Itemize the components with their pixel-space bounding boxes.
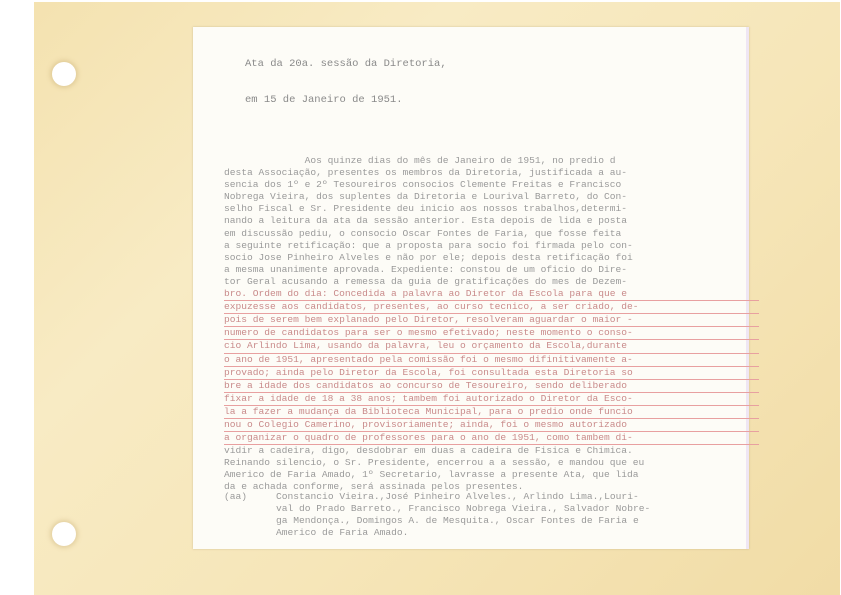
body-line: socio Jose Pinheiro Alveles e não por el… bbox=[224, 252, 759, 264]
body-line-underlined: a organizar o quadro de professores para… bbox=[224, 432, 759, 445]
signature-line: ga Mendonça., Domingos A. de Mesquita., … bbox=[276, 515, 650, 527]
heading-line-1: Ata da 20a. sessão da Diretoria, bbox=[245, 58, 447, 70]
body-line-underlined: bro. Ordem do dia: Concedida a palavra a… bbox=[224, 288, 759, 301]
body-line-underlined: cio Arlindo Lima, usando da palavra, leu… bbox=[224, 340, 759, 353]
body-line: em discussão pediu, o consocio Oscar Fon… bbox=[224, 228, 759, 240]
heading-line-2: em 15 de Janeiro de 1951. bbox=[245, 94, 447, 106]
body-line: Aos quinze dias do mês de Janeiro de 195… bbox=[224, 155, 759, 167]
body-line: a mesma unanimente aprovada. Expediente:… bbox=[224, 264, 759, 276]
body-line-underlined: provado; ainda pelo Diretor da Escola, f… bbox=[224, 367, 759, 380]
minutes-heading: Ata da 20a. sessão da Diretoria, em 15 d… bbox=[245, 34, 447, 118]
binder-hole-bottom bbox=[52, 522, 76, 546]
body-line-underlined: pois de serem bem explanado pelo Diretor… bbox=[224, 314, 759, 327]
body-line: sencia dos 1º e 2º Tesoureiros consocios… bbox=[224, 179, 759, 191]
body-line: Nobrega Vieira, dos suplentes da Diretor… bbox=[224, 191, 759, 203]
body-line: tor Geral acusando a remessa da guia de … bbox=[224, 276, 759, 288]
signature-line: Constancio Vieira.,José Pinheiro Alveles… bbox=[276, 491, 650, 503]
body-line-underlined: fixar a idade de 18 a 38 anos; tambem fo… bbox=[224, 393, 759, 406]
binder-hole-top bbox=[52, 62, 76, 86]
body-line-underlined: o ano de 1951, apresentado pela comissão… bbox=[224, 354, 759, 367]
body-line: a seguinte retificação: que a proposta p… bbox=[224, 240, 759, 252]
body-line: Americo de Faria Amado, 1º Secretario, l… bbox=[224, 469, 759, 481]
signatures-label: (aa) bbox=[224, 491, 247, 503]
body-line-underlined: numero de candidatos para ser o mesmo ef… bbox=[224, 327, 759, 340]
body-line: selho Fiscal e Sr. Presidente deu inicio… bbox=[224, 203, 759, 215]
body-line: vidir a cadeira, digo, desdobrar em duas… bbox=[224, 445, 759, 457]
body-line-underlined: la a fazer a mudança da Biblioteca Munic… bbox=[224, 406, 759, 419]
body-line: desta Associação, presentes os membros d… bbox=[224, 167, 759, 179]
body-line: Reinando silencio, o Sr. Presidente, enc… bbox=[224, 457, 759, 469]
body-line: nando a leitura da ata da sessão anterio… bbox=[224, 215, 759, 227]
body-line-underlined: bre a idade dos candidatos ao concurso d… bbox=[224, 380, 759, 393]
signature-line: val do Prado Barreto., Francisco Nobrega… bbox=[276, 503, 650, 515]
signatures-names: Constancio Vieira.,José Pinheiro Alveles… bbox=[276, 491, 650, 539]
signature-line: Americo de Faria Amado. bbox=[276, 527, 650, 539]
body-line-underlined: expuzesse aos candidatos, presentes, ao … bbox=[224, 301, 759, 314]
body-line-underlined: nou o Colegio Camerino, provisoriamente;… bbox=[224, 419, 759, 432]
minutes-body: Aos quinze dias do mês de Janeiro de 195… bbox=[224, 155, 759, 494]
